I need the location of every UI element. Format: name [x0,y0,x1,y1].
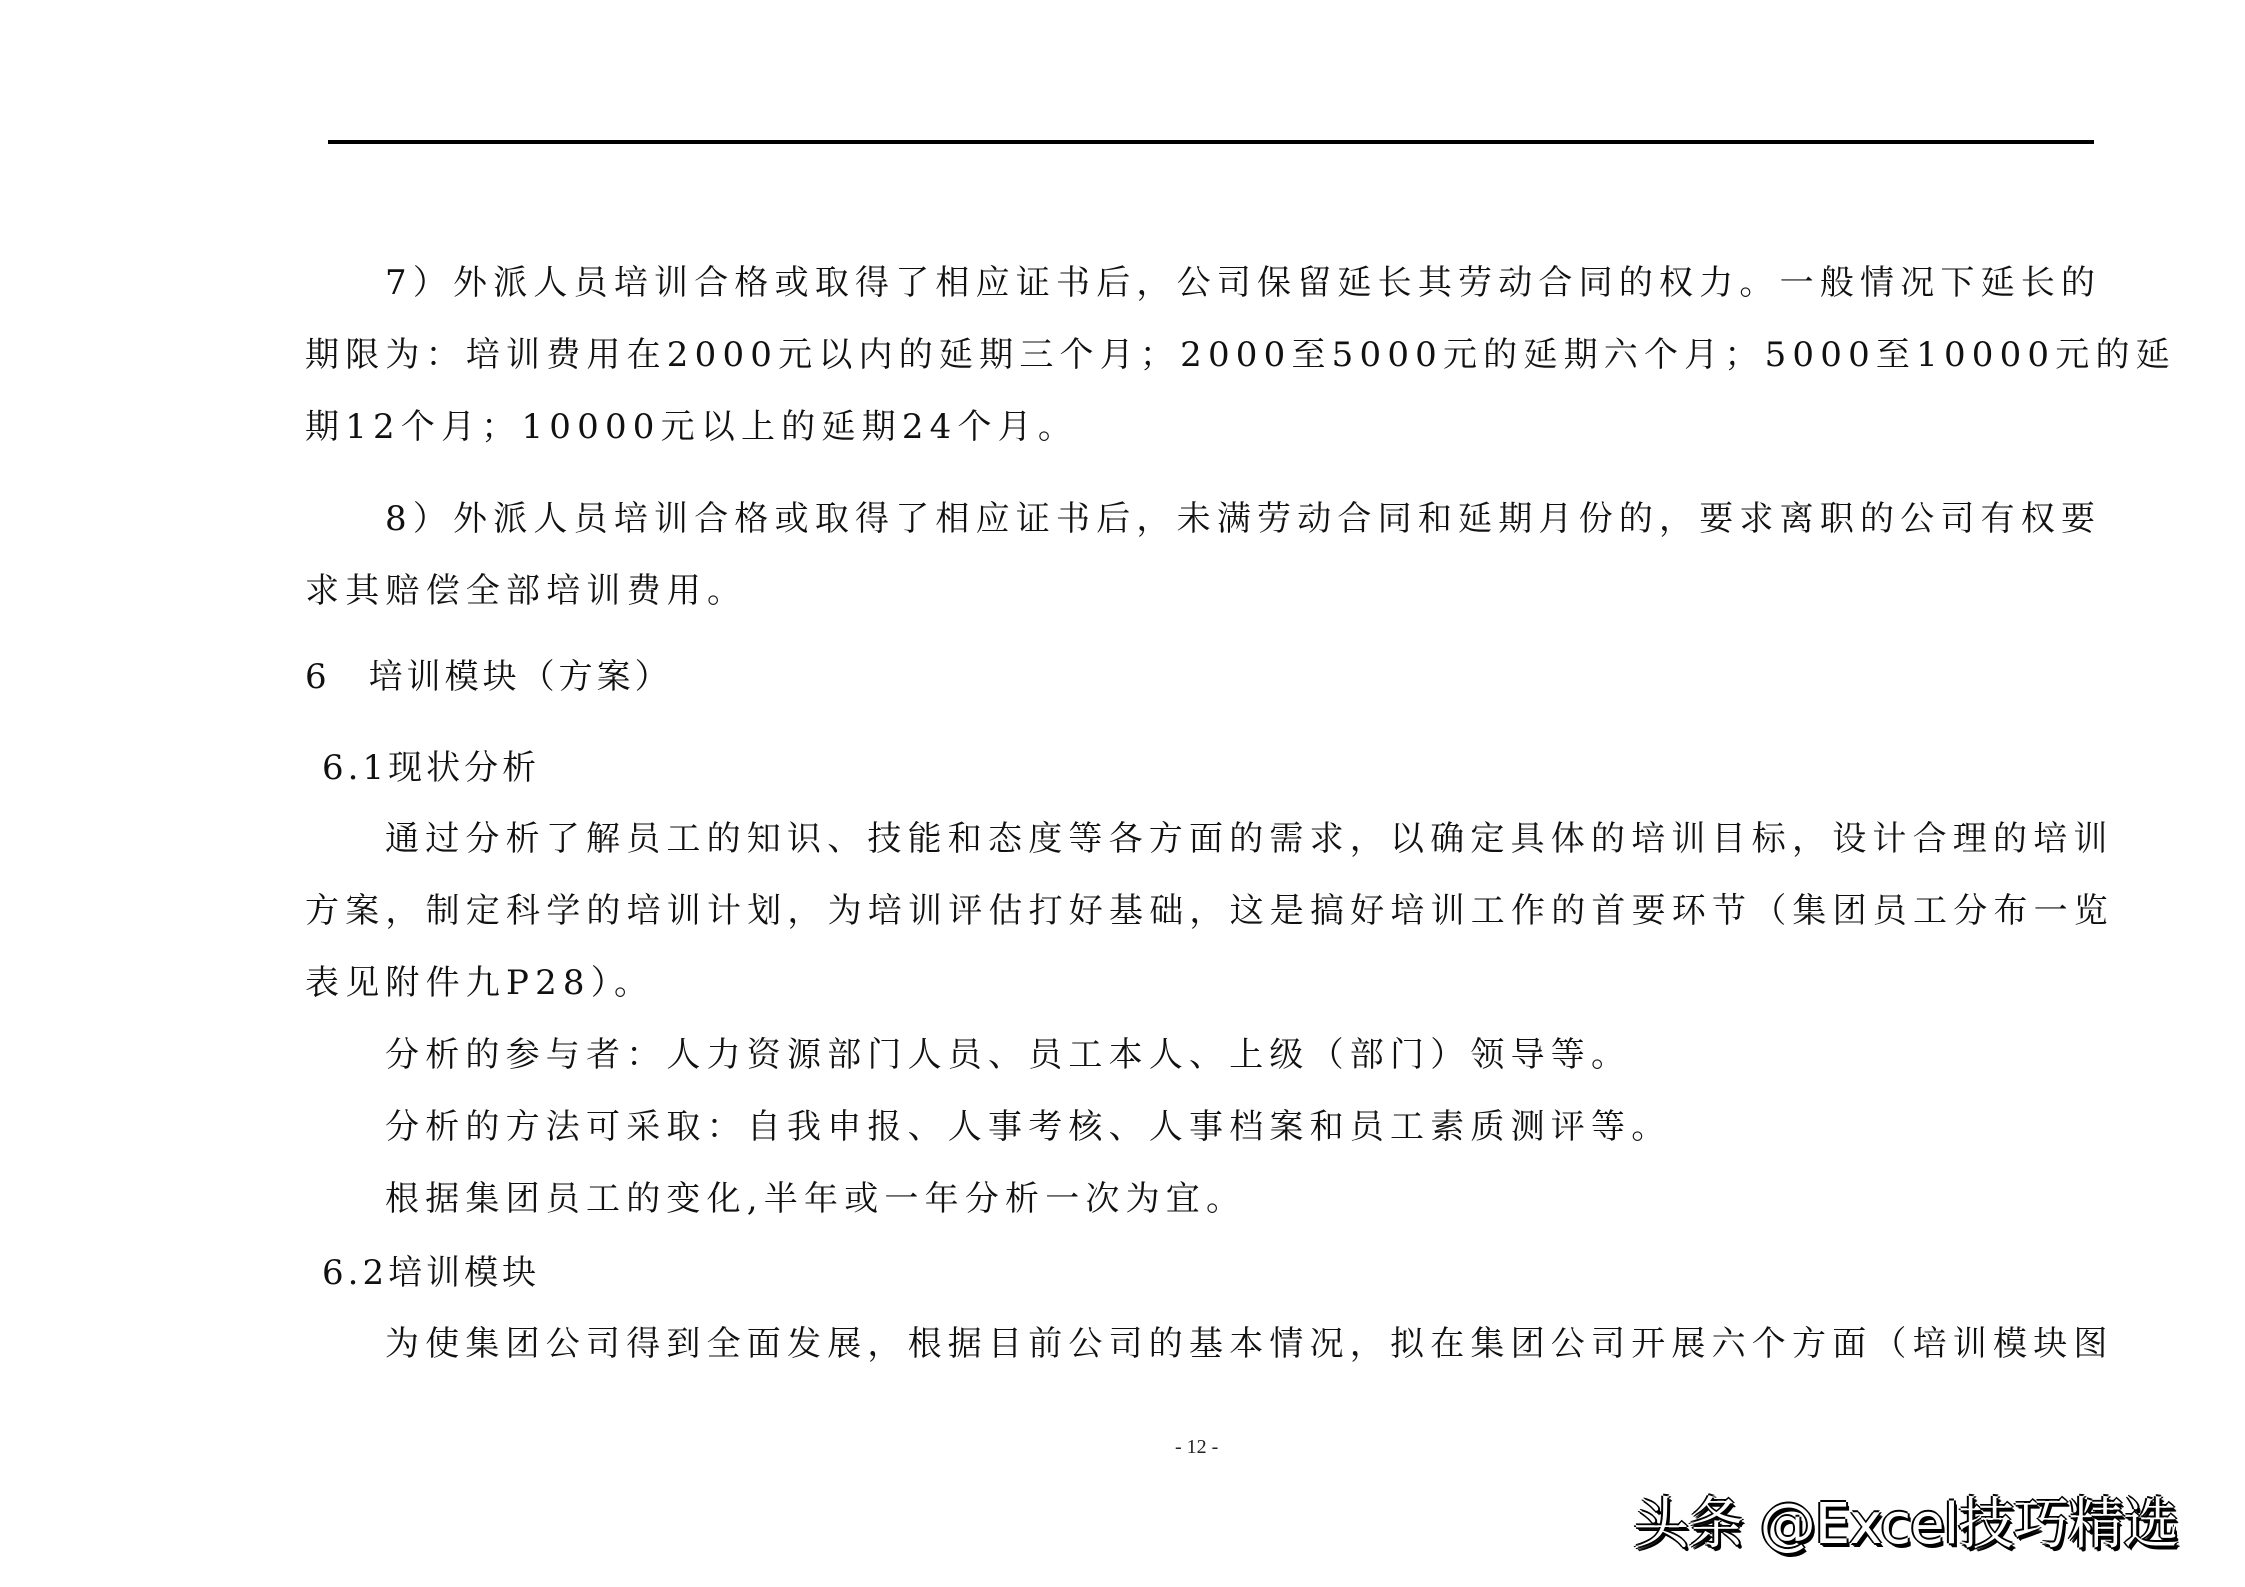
paragraph-7-line-3: 期12个月；10000元以上的延期24个月。 [305,405,2100,449]
header-rule [328,140,2094,144]
paragraph-7-line-2: 期限为：培训费用在2000元以内的延期三个月；2000至5000元的延期六个月；… [305,333,2100,377]
paragraph-8-line-2: 求其赔偿全部培训费用。 [305,569,2100,613]
section-6-1-para-line-2: 方案，制定科学的培训计划，为培训评估打好基础，这是搞好培训工作的首要环节（集团员… [305,889,2100,933]
section-6-2-para-line-1: 为使集团公司得到全面发展，根据目前公司的基本情况，拟在集团公司开展六个方面（培训… [385,1322,2100,1366]
analysis-methods: 分析的方法可采取：自我申报、人事考核、人事档案和员工素质测评等。 [385,1105,2100,1149]
section-6-2-heading: 6.2培训模块 [322,1251,2117,1295]
page-number: - 12 - [1175,1436,1218,1459]
analysis-frequency: 根据集团员工的变化,半年或一年分析一次为宜。 [385,1177,2100,1221]
section-6-1-para-line-1: 通过分析了解员工的知识、技能和态度等各方面的需求，以确定具体的培训目标，设计合理… [385,817,2100,861]
section-6-1-para-line-3: 表见附件九P28）。 [305,961,2100,1005]
paragraph-8-line-1: 8）外派人员培训合格或取得了相应证书后，未满劳动合同和延期月份的，要求离职的公司… [385,497,2100,541]
watermark: 头条 @Excel技巧精选 [1633,1480,2178,1560]
section-6-heading: 6 培训模块（方案） [305,655,2100,699]
section-6-1-heading: 6.1现状分析 [322,746,2117,790]
analysis-participants: 分析的参与者：人力资源部门人员、员工本人、上级（部门）领导等。 [385,1033,2100,1077]
paragraph-7-line-1: 7）外派人员培训合格或取得了相应证书后，公司保留延长其劳动合同的权力。一般情况下… [385,261,2100,305]
